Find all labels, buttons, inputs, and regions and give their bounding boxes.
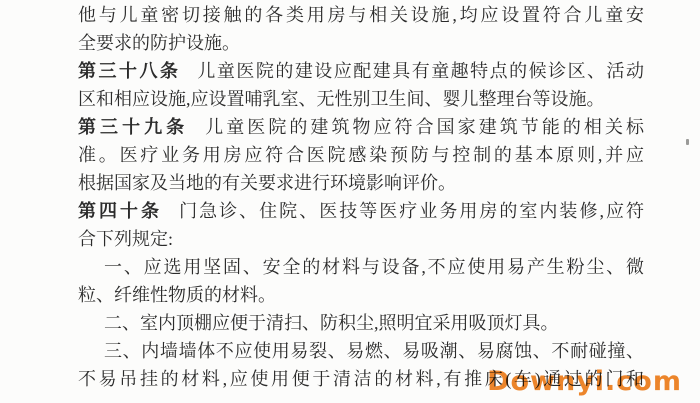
- line-text: 准。医疗业务用房应符合医院感染预防与控制的基本原则,并应: [78, 145, 644, 165]
- line-text: 全要求的防护设施。: [78, 33, 240, 53]
- line-text: 区和相应设施,应设置哺乳室、无性别卫生间、婴儿整理台等设施。: [78, 89, 605, 109]
- text-line: 准。医疗业务用房应符合医院感染预防与控制的基本原则,并应: [78, 141, 644, 169]
- text-line: 合下列规定:: [78, 225, 644, 253]
- line-text: 粒、纤维性物质的材料。: [78, 285, 276, 305]
- text-line: 二、室内顶棚应便于清扫、防积尘,照明宜采用吸顶灯具。: [78, 309, 644, 337]
- line-text: 儿童医院的建设应配建具有童趣特点的候诊区、活动: [197, 61, 644, 81]
- article-number-heading: 第四十条: [78, 201, 162, 221]
- text-line: 一、应选用坚固、安全的材料与设备,不应使用易产生粉尘、微: [78, 253, 644, 281]
- text-line: 粒、纤维性物质的材料。: [78, 281, 644, 309]
- text-line: 第三十九条儿童医院的建筑物应符合国家建筑节能的相关标: [78, 113, 644, 141]
- text-line: 根据国家及当地的有关要求进行环境影响评价。: [78, 169, 644, 197]
- text-line: 全要求的防护设施。: [78, 29, 644, 57]
- line-text: 三、内墙墙体不应使用易裂、易燃、易吸潮、易腐蚀、不耐碰撞、: [104, 341, 644, 361]
- document-text: 他与儿童密切接触的各类用房与相关设施,均应设置符合儿童安 全要求的防护设施。 第…: [78, 1, 644, 393]
- line-text: 根据国家及当地的有关要求进行环境影响评价。: [78, 173, 456, 193]
- line-text: 儿童医院的建筑物应符合国家建筑节能的相关标: [205, 117, 644, 137]
- text-line: 第四十条门急诊、住院、医技等医疗业务用房的室内装修,应符: [78, 197, 644, 225]
- text-line: 他与儿童密切接触的各类用房与相关设施,均应设置符合儿童安: [78, 1, 644, 29]
- text-line: 区和相应设施,应设置哺乳室、无性别卫生间、婴儿整理台等设施。: [78, 85, 644, 113]
- line-text: 他与儿童密切接触的各类用房与相关设施,均应设置符合儿童安: [78, 5, 644, 25]
- article-number-heading: 第三十九条: [78, 117, 188, 137]
- line-text: 二、室内顶棚应便于清扫、防积尘,照明宜采用吸顶灯具。: [104, 313, 559, 333]
- scan-speckle: [686, 139, 689, 145]
- line-text: 门急诊、住院、医技等医疗业务用房的室内装修,应符: [179, 201, 644, 221]
- line-text: 一、应选用坚固、安全的材料与设备,不应使用易产生粉尘、微: [104, 257, 644, 277]
- article-number-heading: 第三十八条: [78, 61, 180, 81]
- text-line: 三、内墙墙体不应使用易裂、易燃、易吸潮、易腐蚀、不耐碰撞、: [78, 337, 644, 365]
- line-text: 合下列规定:: [78, 229, 173, 249]
- watermark: Downyi.com: [487, 368, 682, 395]
- text-line: 第三十八条儿童医院的建设应配建具有童趣特点的候诊区、活动: [78, 57, 644, 85]
